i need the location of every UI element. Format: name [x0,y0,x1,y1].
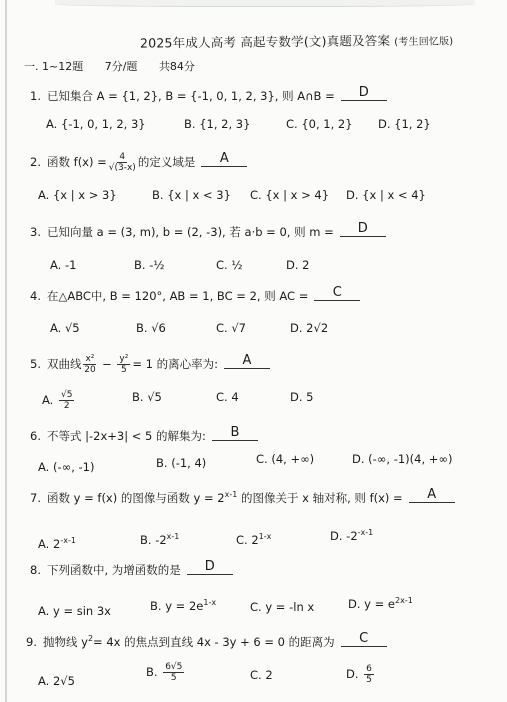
answer-blank: C [314,286,360,301]
question-9: 9.抛物线 y2= 4x 的焦点到直线 4x - 3y + 6 = 0 的距离为… [26,634,387,651]
document-title: 2025年成人高考 高起专数学(文)真题及答案(考生回忆版) [140,30,454,51]
option-b: B. √6 [136,321,166,335]
option-d: D. 2√2 [290,321,328,335]
question-stem: 已知集合 A = {1, 2}, B = {-1, 0, 1, 2, 3}, 则… [47,89,335,103]
answer-blank: A [201,152,247,167]
question-stem: 已知向量 a = (3, m), b = (2, -3), 若 a·b = 0,… [47,225,334,239]
question-3: 3.已知向量 a = (3, m), b = (2, -3), 若 a·b = … [30,224,386,241]
answer-blank: A [224,354,270,369]
option-a: A. √5 [50,321,80,335]
option-c: C. 4 [216,390,239,404]
question-number: 8. [30,563,41,577]
question-number: 1. [30,89,41,103]
question-7: 7.函数 y = f(x) 的图像与函数 y = 2x-1 的图像关于 x 轴对… [30,490,455,507]
option-c: C. 21-x [236,532,271,547]
option-a: A. 2-x-1 [38,536,76,551]
section-total-points: 共84分 [159,60,195,73]
answer-blank: D [340,222,386,237]
option-d: D. {x | x < 4} [346,188,426,202]
option-c: C. {x | x > 4} [250,188,329,202]
option-c: C. {0, 1, 2} [286,117,353,131]
option-d: D. {1, 2} [378,117,431,131]
option-d: D. 65 [346,664,376,685]
answer-blank: D [187,560,233,575]
option-b: B. -2x-1 [140,532,179,547]
question-number: 3. [30,225,41,239]
option-d: D. 2 [286,258,310,272]
option-d: D. y = e2x-1 [348,596,413,611]
option-c: C. 2 [250,668,273,682]
option-b: B. √5 [132,390,162,404]
title-note: (考生回忆版) [394,36,453,48]
option-c: C. y = -ln x [250,600,314,614]
option-b: B. y = 2e1-x [150,598,216,613]
option-d: D. (-∞, -1)(4, +∞) [352,452,452,466]
option-a: A. -1 [50,258,76,272]
question-stem: 在△ABC中, B = 120°, AB = 1, BC = 2, 则 AC = [47,289,308,303]
question-6: 6.不等式 |-2x+3| < 5 的解集为:B [30,428,258,445]
answer-blank: C [341,632,387,647]
question-8: 8.下列函数中, 为增函数的是D [30,562,233,579]
option-a: A. y = sin 3x [38,604,111,618]
section-label: 一. 1~12题 [24,60,83,73]
question-number: 4. [30,289,41,303]
fraction: x²20 [83,354,96,375]
fraction: y²5 [117,354,130,375]
option-c: C. ½ [216,258,243,272]
question-stem: 下列函数中, 为增函数的是 [47,563,181,577]
option-b: B. {1, 2, 3} [184,117,250,131]
paper-top-edge [55,0,475,7]
option-a: A. {x | x > 3} [38,188,117,202]
option-b: B. 6√55 [146,662,186,683]
question-number: 9. [26,635,37,649]
option-d: D. 5 [290,390,314,404]
question-number: 5. [30,357,41,371]
answer-blank: D [341,86,387,101]
question-stem: 不等式 |-2x+3| < 5 的解集为: [47,429,206,443]
answer-blank: A [409,488,455,503]
option-d: D. -2-x-1 [330,528,373,543]
section-points-per-question: 7分/题 [105,60,138,73]
title-text: 2025年成人高考 高起专数学(文)真题及答案 [140,33,390,51]
question-4: 4.在△ABC中, B = 120°, AB = 1, BC = 2, 则 AC… [30,288,360,305]
question-number: 2. [30,155,41,169]
option-a: A. √52 [42,390,76,411]
option-b: B. -½ [134,258,165,272]
option-c: C. (4, +∞) [256,452,314,466]
question-1: 1.已知集合 A = {1, 2}, B = {-1, 0, 1, 2, 3},… [30,88,387,105]
question-number: 7. [30,491,41,505]
option-a: A. (-∞, -1) [38,460,94,474]
option-b: B. {x | x < 3} [152,188,231,202]
answer-blank: B [212,426,258,441]
option-a: A. {-1, 0, 1, 2, 3} [46,117,146,131]
option-a: A. 2√5 [38,674,75,688]
option-c: C. √7 [216,321,246,335]
question-2: 2.函数 f(x) =4√(3-x)的定义域是A [30,152,247,173]
question-number: 6. [30,429,41,443]
option-b: B. (-1, 4) [156,456,206,470]
paper-left-edge [5,0,7,702]
fraction: 4√(3-x) [109,152,136,173]
question-5: 5.双曲线x²20 − y²5= 1 的离心率为:A [30,354,270,375]
section-header: 一. 1~12题 7分/题 共84分 [24,58,213,74]
